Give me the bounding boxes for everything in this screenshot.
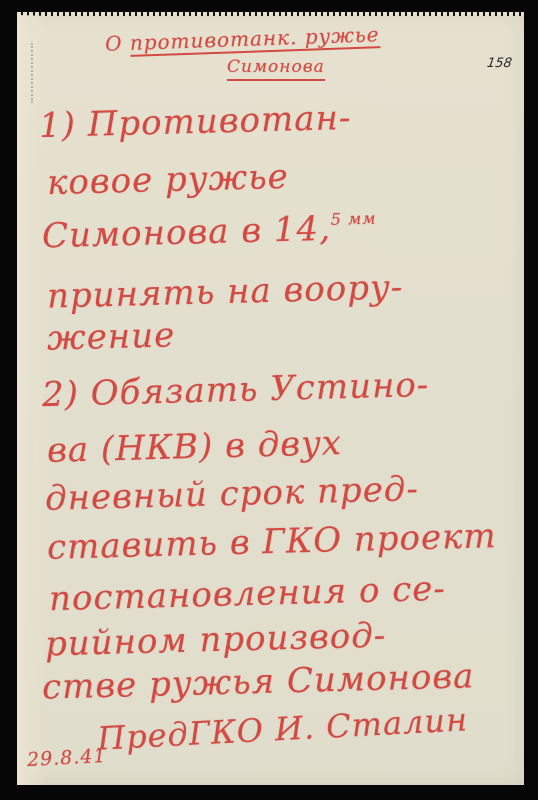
- body-line-4: принять на воору-: [47, 270, 404, 313]
- body-line-3: Симонова в 14,5 мм: [42, 211, 378, 254]
- body-line-2: ковое ружье: [47, 160, 290, 200]
- title-prefix: О: [105, 31, 131, 56]
- body-line-3-text: Симонова в 14,: [42, 209, 332, 257]
- body-line-7: ва (НКВ) в двух: [47, 426, 343, 468]
- document-title-line-2: Симонова: [227, 57, 325, 81]
- title-underlined-text: противотанк. ружье: [129, 22, 380, 57]
- body-line-1: 1) Противотан-: [39, 101, 352, 143]
- body-line-11: рийном производ-: [45, 619, 387, 662]
- body-line-9: ставить в ГКО проект: [47, 519, 497, 565]
- body-line-12: стве ружья Симонова: [42, 659, 475, 704]
- binding-hole-marks: [31, 43, 41, 103]
- body-line-8: дневный срок пред-: [45, 472, 420, 516]
- document-date: 29.8.41: [26, 745, 107, 771]
- document-title-line-1: О противотанк. ружье: [105, 22, 380, 56]
- body-line-6: 2) Обязать Устино-: [42, 368, 430, 412]
- archive-page-number: 158: [486, 56, 513, 71]
- caliber-suffix: 5 мм: [330, 209, 376, 229]
- body-line-5: жение: [47, 318, 176, 355]
- document-page: 158 О противотанк. ружье Симонова 1) Про…: [17, 15, 524, 785]
- body-line-10: постановления о се-: [49, 572, 447, 616]
- signature: ПредГКО И. Сталин: [96, 700, 469, 757]
